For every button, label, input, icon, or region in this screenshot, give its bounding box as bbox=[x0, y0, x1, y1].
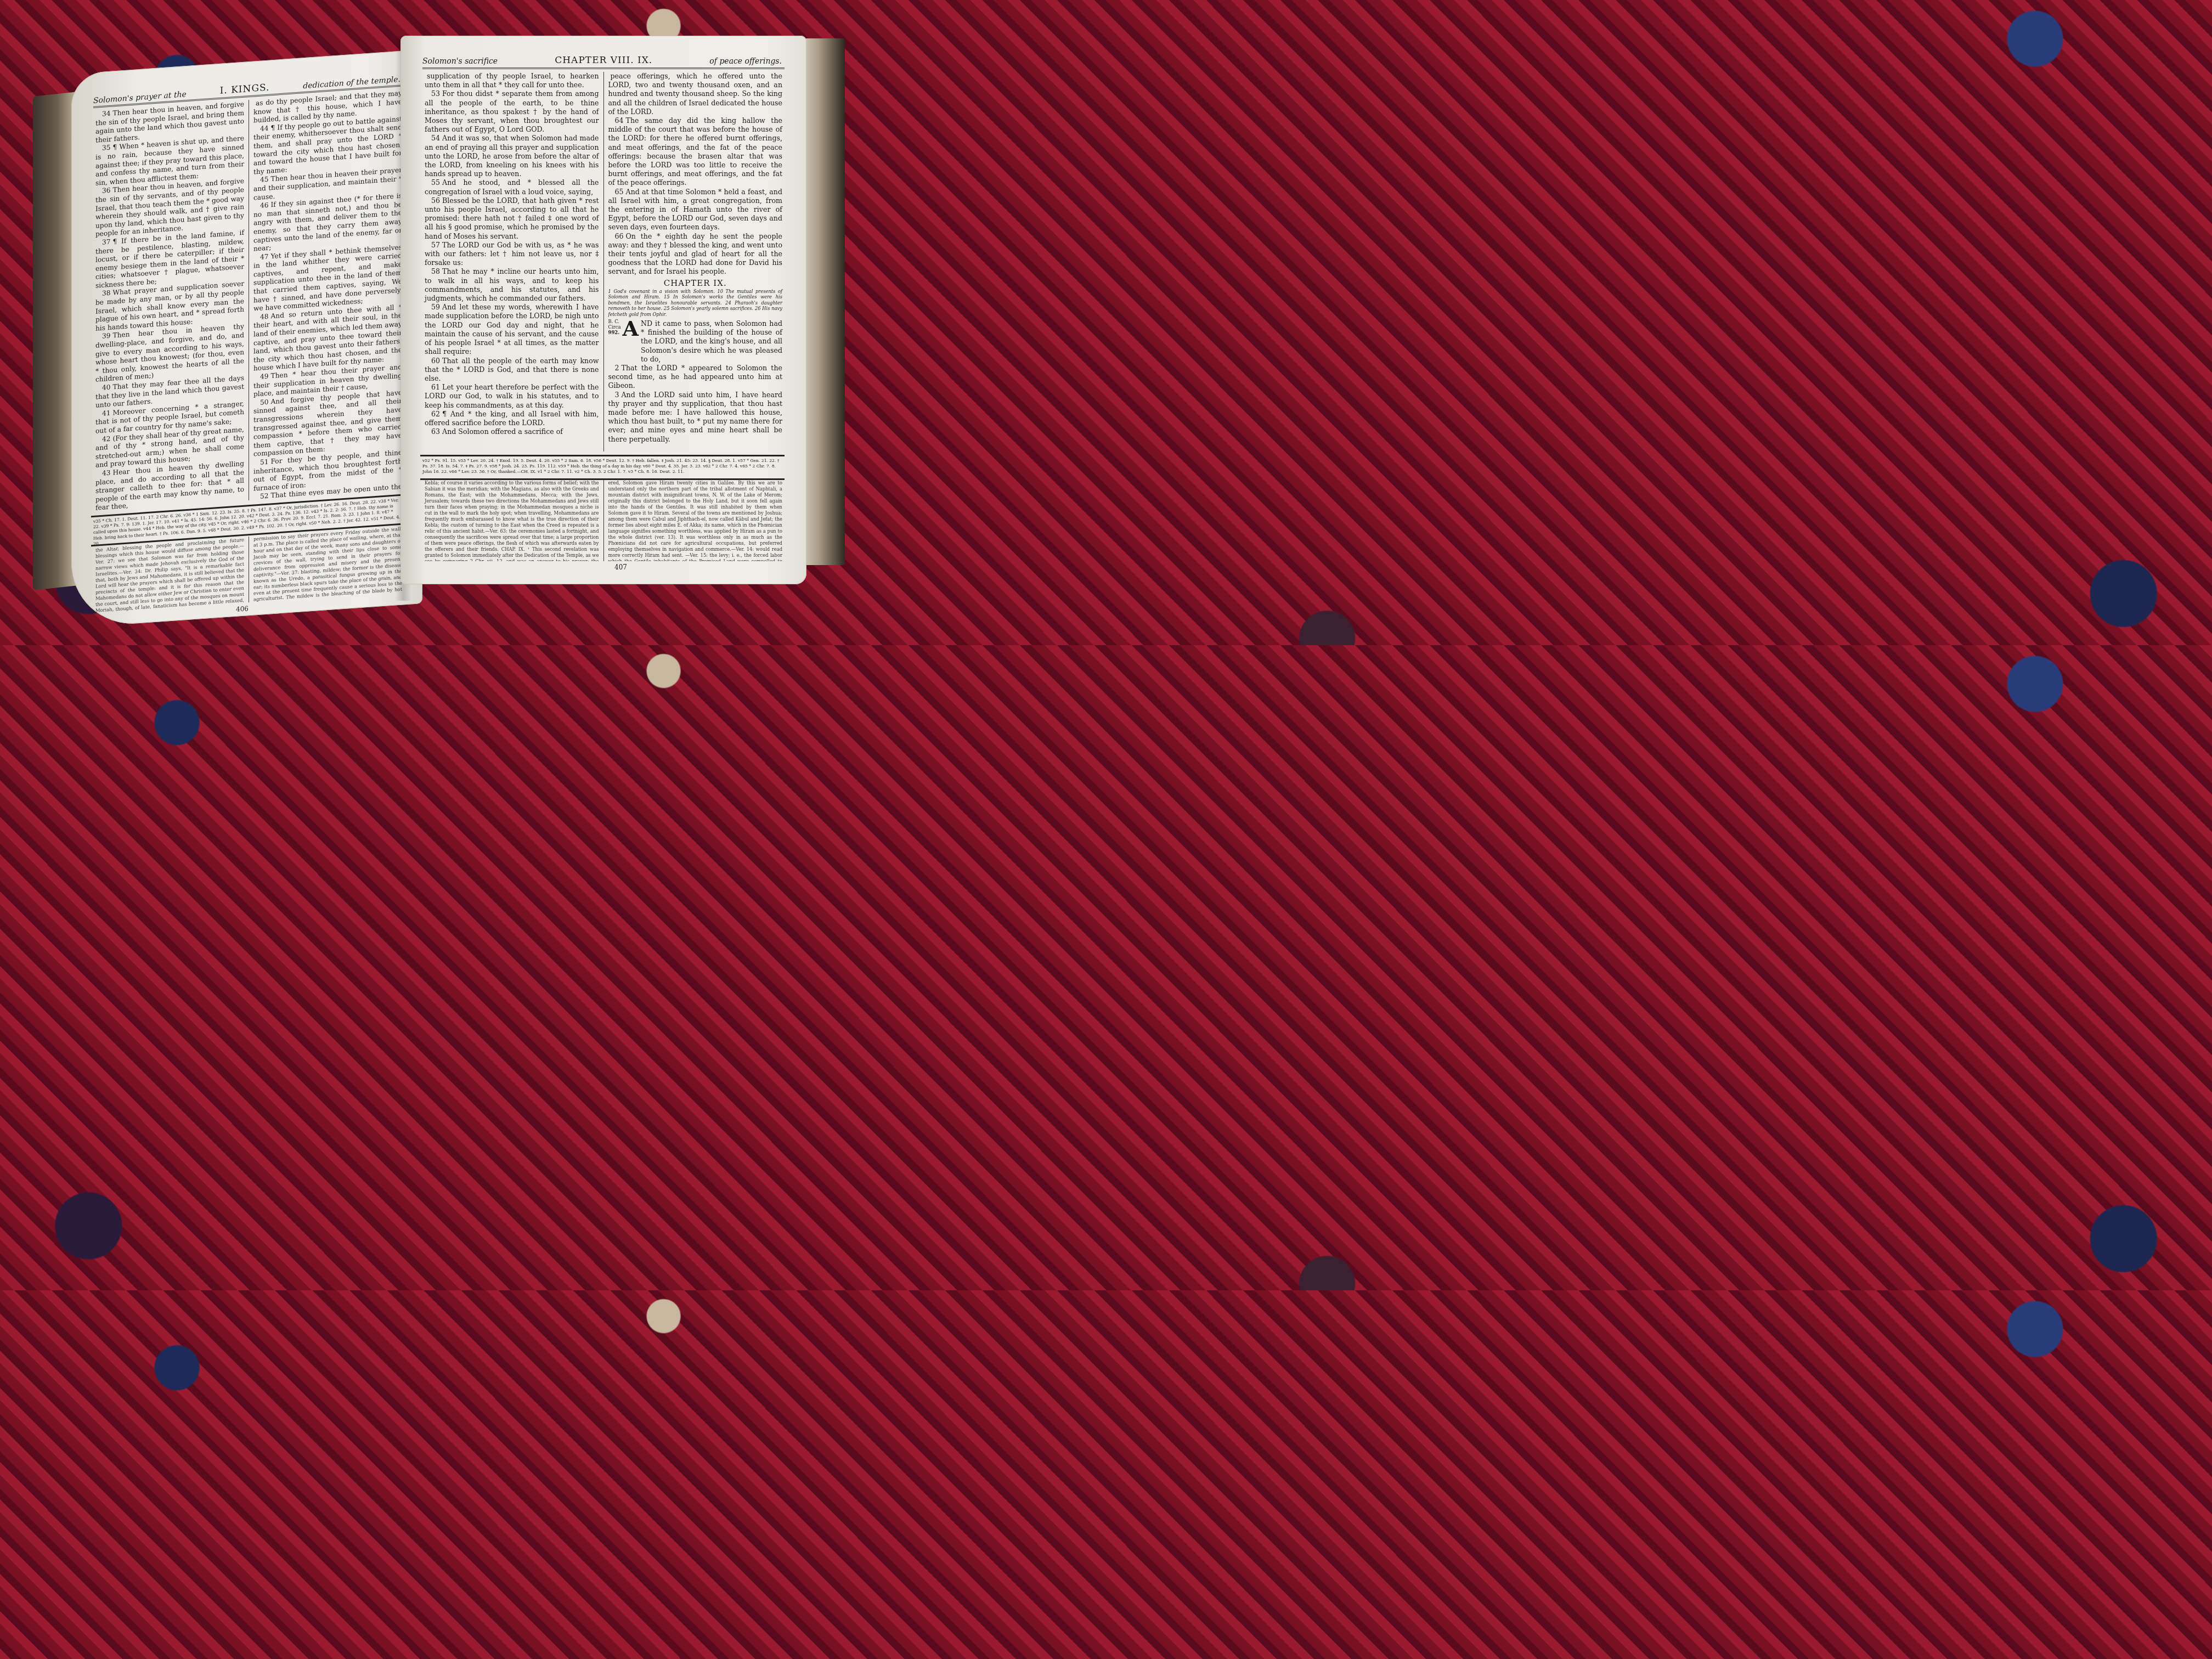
verse: 54And it was so, that when Solomon had m… bbox=[425, 134, 599, 178]
right-cross-references: v52 * Ps. 91. 15. v53 * Lev. 20. 24. † E… bbox=[420, 455, 785, 480]
right-column-2: peace offerings, which he offered unto t… bbox=[603, 72, 787, 452]
page-number-right: 407 bbox=[614, 563, 627, 571]
right-scripture-columns: supplication of thy people Israel, to he… bbox=[420, 72, 787, 452]
right-commentary: Kebla; of course it varies according to … bbox=[420, 480, 787, 561]
left-commentary-col-1: the Altar, blessing the people and procl… bbox=[91, 537, 249, 613]
verse: 63And Solomon offered a sacrifice of bbox=[425, 427, 599, 436]
verse: 57The LORD our God be with us, as * he w… bbox=[425, 241, 599, 268]
right-page: Solomon's sacrifice CHAPTER VIII. IX. of… bbox=[400, 36, 806, 584]
chapter-title: CHAPTER VIII. IX. bbox=[555, 55, 652, 66]
verse: 64The same day did the king hallow the m… bbox=[608, 116, 783, 188]
verse: 59And let these my words, wherewith I ha… bbox=[425, 303, 599, 356]
page-number-left: 406 bbox=[236, 605, 249, 613]
verse: 61Let your heart therefore be perfect wi… bbox=[425, 383, 599, 410]
right-commentary-col-2: ered, Solomon gave Hiram twenty cities i… bbox=[603, 480, 787, 561]
right-commentary-col-1: Kebla; of course it varies according to … bbox=[420, 480, 603, 561]
left-page: Solomon's prayer at the I. KINGS. dedica… bbox=[71, 49, 422, 628]
verse: 2That the LORD * appeared to Solomon the… bbox=[608, 364, 783, 391]
verse: 62¶ And * the king, and all Israel with … bbox=[425, 410, 599, 427]
verse: 3And the LORD said unto him, I have hear… bbox=[608, 391, 783, 444]
verse: peace offerings, which he offered unto t… bbox=[608, 72, 783, 116]
verse: 66On the * eighth day he sent the people… bbox=[608, 232, 783, 276]
chapter-ix-heading: CHAPTER IX. bbox=[608, 279, 783, 287]
verse: 53For thou didst * separate them from am… bbox=[425, 89, 599, 134]
running-head-left: Solomon's sacrifice bbox=[422, 57, 498, 66]
chapter-ix-opening: B. C. Circa 992. A ND it came to pass, w… bbox=[608, 319, 783, 364]
verse: 60That all the people of the earth may k… bbox=[425, 357, 599, 383]
header-rule bbox=[422, 67, 785, 69]
drop-cap: A bbox=[623, 319, 639, 338]
open-book: Solomon's prayer at the I. KINGS. dedica… bbox=[22, 33, 845, 603]
date-margin-note: B. C. Circa 992. bbox=[608, 319, 623, 336]
right-running-head: Solomon's sacrifice CHAPTER VIII. IX. of… bbox=[422, 55, 782, 66]
chapter-ix-summary: 1 God's covenant in a vision with Solomo… bbox=[608, 289, 783, 317]
verse: 48And so return unto thee with all * the… bbox=[253, 303, 402, 373]
verse: 65And at that time Solomon * held a feas… bbox=[608, 188, 783, 232]
right-column-1: supplication of thy people Israel, to he… bbox=[420, 72, 603, 452]
verse-1: ND it came to pass, when Solomon had * f… bbox=[641, 319, 782, 364]
verse: 55And he stood, and * blessed all the co… bbox=[425, 178, 599, 196]
left-column-1: 34Then hear thou in heaven, and forgive … bbox=[91, 100, 249, 511]
verse: 56Blessed be the LORD, that hath given *… bbox=[425, 196, 599, 241]
verse: supplication of thy people Israel, to he… bbox=[425, 72, 599, 89]
left-column-2: as do thy people Israel; and that they m… bbox=[249, 89, 407, 500]
running-head-right: of peace offerings. bbox=[709, 57, 782, 66]
verse: 47Yet if they shall * bethink themselves… bbox=[253, 243, 402, 313]
left-commentary-col-2: permission to say their prayers every Fr… bbox=[249, 526, 407, 602]
verse: 50And forgive thy people that have sinne… bbox=[253, 388, 402, 459]
left-scripture-columns: 34Then hear thou in heaven, and forgive … bbox=[91, 89, 407, 511]
verse: 58That he may * incline our hearts unto … bbox=[425, 267, 599, 303]
book-cover-right bbox=[801, 38, 845, 565]
